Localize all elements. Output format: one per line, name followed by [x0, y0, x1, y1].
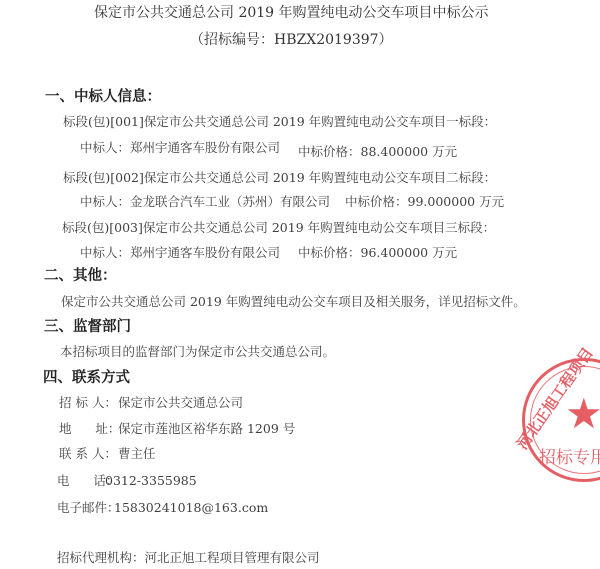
contact-value: 保定市公共交通总公司: [118, 395, 243, 410]
winner-label: 中标人：: [80, 140, 130, 155]
official-seal-stamp: 河北正旭工程项目 ★ 招标专用: [522, 358, 600, 482]
price-label: 中标价格：: [298, 245, 361, 260]
lot-2-winner: 中标人：金龙联合汽车工业（苏州）有限公司: [80, 194, 330, 210]
contact-person: 联 系 人：曹主任: [59, 446, 156, 462]
winner-name: 郑州宇通客车股份有限公司: [130, 140, 280, 155]
price-value: 96.400000 万元: [361, 245, 458, 260]
contact-email: 电子邮件：15830241018@163.com: [57, 500, 268, 516]
other-text: 保定市公共交通总公司 2019 年购置纯电动公交车项目及相关服务，详见招标文件。: [61, 294, 526, 310]
contact-value: 曹主任: [118, 446, 156, 461]
agency-name: 河北正旭工程项目管理有限公司: [145, 550, 320, 565]
section-heading-contact: 四、联系方式: [43, 370, 130, 386]
seal-bottom-text: 招标专用: [539, 443, 600, 468]
document-title: 保定市公共交通总公司 2019 年购置纯电动公交车项目中标公示: [94, 5, 489, 21]
winner-name: 郑州宇通客车股份有限公司: [130, 245, 280, 260]
price-label: 中标价格：: [345, 194, 408, 209]
winner-label: 中标人：: [80, 194, 130, 209]
contact-value: 保定市莲池区裕华东路 1209 号: [118, 421, 295, 436]
contact-label: 电子邮件：: [57, 500, 114, 516]
lot-3-winner: 中标人：郑州宇通客车股份有限公司: [80, 245, 280, 261]
lot-2-line: 标段(包)[002]保定市公共交通总公司 2019 年购置纯电动公交车项目二标段…: [63, 170, 496, 186]
contact-value: 0312-3355985: [105, 473, 197, 488]
section-heading-other: 二、其他：: [44, 268, 117, 284]
contact-label: 电 话：: [57, 473, 105, 489]
winner-name: 金龙联合汽车工业（苏州）有限公司: [130, 194, 330, 209]
price-value: 99.000000 万元: [408, 194, 505, 209]
tender-number: （招标编号：HBZX2019397）: [190, 32, 393, 48]
lot-2-price: 中标价格：99.000000 万元: [345, 194, 504, 210]
lot-1-price: 中标价格：88.400000 万元: [298, 144, 457, 160]
price-value: 88.400000 万元: [361, 144, 458, 159]
star-icon: ★: [565, 393, 600, 435]
price-label: 中标价格：: [298, 144, 361, 159]
agency-line: 招标代理机构：河北正旭工程项目管理有限公司: [57, 550, 320, 566]
lot-3-price: 中标价格：96.400000 万元: [298, 245, 457, 261]
contact-label: 联 系 人：: [59, 446, 118, 462]
winner-label: 中标人：: [80, 245, 130, 260]
contact-value: 15830241018@163.com: [114, 500, 268, 515]
contact-phone: 电 话：0312-3355985: [57, 473, 197, 489]
contact-label: 地 址：: [59, 421, 118, 437]
contact-label: 招 标 人：: [59, 395, 118, 411]
lot-1-winner: 中标人：郑州宇通客车股份有限公司: [80, 140, 280, 156]
agency-label: 招标代理机构：: [57, 550, 145, 565]
section-heading-winners: 一、中标人信息：: [45, 89, 161, 105]
contact-address: 地 址：保定市莲池区裕华东路 1209 号: [59, 421, 295, 437]
supervision-text: 本招标项目的监督部门为保定市公共交通总公司。: [60, 344, 335, 360]
lot-1-line: 标段(包)[001]保定市公共交通总公司 2019 年购置纯电动公交车项目一标段…: [63, 114, 496, 130]
section-heading-supervision: 三、监督部门: [44, 319, 131, 335]
lot-3-line: 标段(包)[003]保定市公共交通总公司 2019 年购置纯电动公交车项目三标段…: [62, 220, 495, 236]
contact-tenderer: 招 标 人：保定市公共交通总公司: [59, 395, 243, 411]
